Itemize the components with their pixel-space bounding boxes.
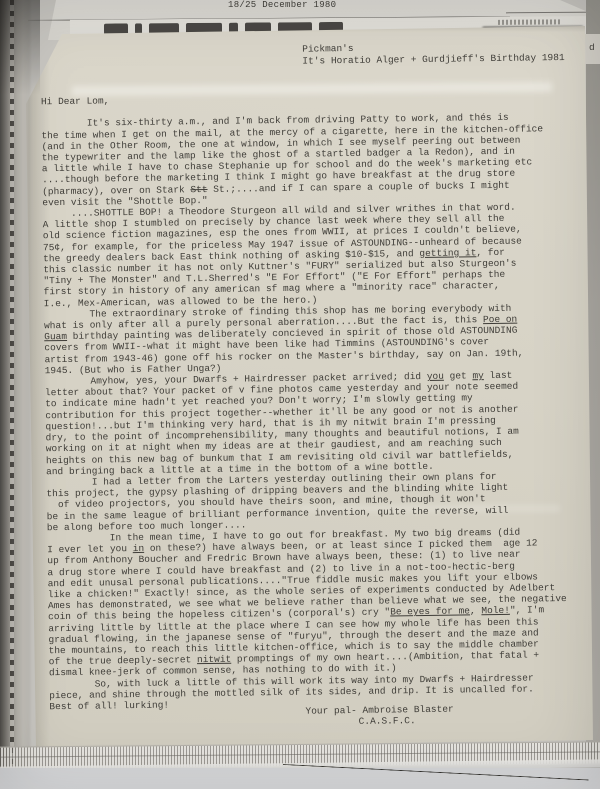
table-surface <box>0 768 600 789</box>
binder-sleeve-left-edge <box>0 0 32 789</box>
sleeve-corner-shadow <box>0 0 40 95</box>
photo-of-typewritten-letter-in-binder-sleeve: 18/25 December 1980 d Pickman's It's Hor… <box>0 0 600 789</box>
letter-heading: Pickman's It's Horatio Alger + Gurdjieff… <box>302 40 565 68</box>
protruding-sheet-corner: d <box>584 34 600 64</box>
sleeve-stitching <box>10 0 14 789</box>
letter-page: Pickman's It's Horatio Alger + Gurdjieff… <box>0 0 600 789</box>
letter-body-text: Hi Dear Lom, It's six-thirty a.m., and I… <box>41 89 568 712</box>
fine-print-smudge <box>498 19 562 24</box>
masthead-glyph <box>104 23 128 34</box>
letter-content: Pickman's It's Horatio Alger + Gurdjieff… <box>0 0 600 789</box>
protruding-sheet-letter: d <box>589 42 595 53</box>
date-note: 18/25 December 1980 <box>228 0 336 10</box>
signature-club-line: C.A.S.F.C. <box>359 715 416 727</box>
